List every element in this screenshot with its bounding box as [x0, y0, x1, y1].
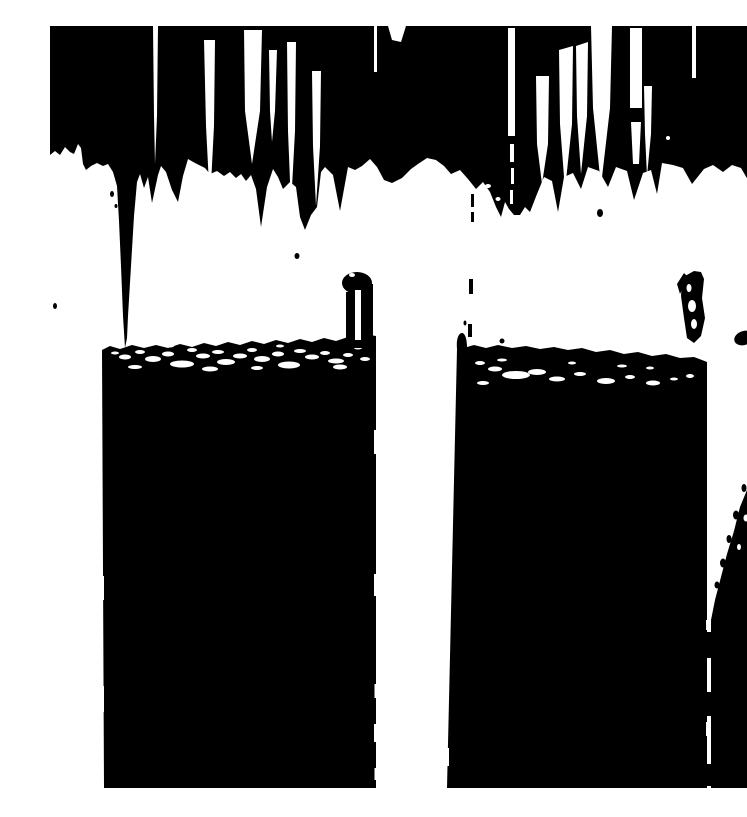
foam-fleck: [488, 367, 502, 372]
foam-fleck: [187, 348, 197, 352]
edge-nick: [102, 576, 104, 600]
foam-fleck: [333, 365, 347, 370]
highlight-streak: [630, 28, 642, 108]
highlight-hole: [485, 184, 491, 188]
stray-dot: [464, 321, 467, 326]
edge-nick: [374, 574, 377, 596]
foam-fleck: [568, 362, 576, 365]
foam-fleck: [111, 352, 119, 355]
left-container: Left container filled with dark material: [102, 335, 376, 788]
foam-fleck: [217, 359, 235, 365]
foam-fleck: [254, 356, 270, 362]
foam-fleck: [528, 369, 546, 375]
clip-hole: [349, 273, 355, 277]
join-bridge: [704, 692, 712, 716]
foam-fleck: [196, 354, 210, 359]
foam-fleck: [475, 361, 485, 365]
foam-fleck: [212, 350, 224, 354]
foam-fleck: [145, 356, 161, 362]
join-gap-dash: [707, 750, 709, 762]
join-gap-dash: [707, 662, 709, 678]
edge-nick: [374, 724, 377, 742]
foam-fleck: [278, 362, 300, 369]
foam-fleck: [320, 351, 330, 355]
foam-fleck: [574, 372, 586, 376]
foam-fleck: [343, 353, 353, 357]
clip-hole: [691, 319, 697, 329]
clip-bar: [361, 284, 373, 346]
stray-dot: [53, 303, 57, 309]
edge-fragment: [733, 511, 739, 520]
edge-fragment: [715, 582, 720, 589]
highlight-streak: [692, 26, 696, 78]
clip-bar: [346, 292, 355, 340]
join-gap-dash: [706, 722, 709, 736]
right-container: Right container filled with dark materia…: [447, 333, 707, 788]
foam-fleck: [233, 354, 247, 359]
edge-nick: [374, 430, 377, 454]
foam-fleck: [549, 377, 565, 382]
foam-fleck: [202, 367, 218, 372]
edge-nick: [375, 684, 377, 698]
edge-nick: [447, 638, 449, 660]
join-gap-dash: [706, 620, 709, 630]
foam-fleck: [170, 361, 194, 368]
foam-fleck: [251, 366, 263, 370]
highlight-hole: [496, 197, 501, 201]
highlight-dash: [511, 168, 514, 184]
foam-fleck: [294, 349, 306, 353]
edge-nick: [446, 578, 448, 596]
clip-base: [342, 340, 376, 348]
edge-nick: [446, 702, 448, 718]
clip-hole: [688, 300, 696, 312]
foam-fleck: [305, 355, 319, 360]
foam-fleck: [119, 355, 131, 360]
hanging-thread-dash: [469, 279, 473, 294]
foam-fleck: [328, 359, 344, 364]
foam-fleck: [686, 374, 694, 378]
foam-fleck: [477, 381, 489, 385]
inner-fleck: [737, 544, 741, 550]
highlight-streak: [508, 28, 515, 136]
edge-nick: [102, 686, 104, 712]
stray-dot: [295, 253, 300, 259]
foam-fleck: [597, 378, 615, 384]
stray-dot: [115, 204, 118, 208]
clip-hole: [687, 284, 692, 292]
join-bridge: [704, 632, 712, 658]
highlight-dash: [510, 190, 513, 204]
edge-fragment: [727, 535, 732, 543]
edge-nick: [375, 768, 377, 780]
edge-nick: [447, 748, 449, 766]
foam-fleck: [135, 350, 145, 354]
foam-fleck: [360, 357, 370, 361]
foam-fleck: [272, 352, 284, 357]
highlight-dash: [510, 144, 514, 162]
hanging-thread-dash: [471, 212, 474, 222]
join-bridge: [704, 764, 712, 786]
foam-fleck: [502, 371, 530, 379]
foam-fleck: [625, 375, 635, 379]
edge-fragment: [720, 559, 726, 568]
highlight-streak: [374, 26, 377, 72]
highlight-hole: [666, 136, 670, 140]
foam-fleck: [670, 378, 678, 381]
hanging-thread-dash: [471, 194, 474, 207]
foam-fleck: [162, 352, 174, 357]
hanging-thread-dash: [468, 324, 472, 337]
foam-fleck: [276, 345, 284, 348]
stray-dot: [597, 209, 603, 217]
foam-fleck: [128, 365, 142, 369]
stray-dot: [110, 191, 114, 197]
clip-slit: [355, 290, 361, 340]
foam-fleck: [247, 348, 257, 352]
foam-fleck: [646, 367, 654, 370]
foam-fleck: [617, 365, 627, 368]
photo-canvas: White backdrop and tabletop Dark backgro…: [40, 16, 747, 801]
stray-dot: [624, 402, 629, 407]
right-container-body: [447, 333, 707, 788]
foam-fleck: [166, 345, 174, 348]
left-container-body: [102, 335, 376, 788]
edge-fragment: [742, 484, 747, 492]
foam-fleck: [497, 359, 507, 362]
stray-dot: [500, 339, 505, 344]
thresholded-photo-figure: White backdrop and tabletop Dark backgro…: [40, 16, 747, 801]
foam-fleck: [646, 381, 660, 386]
